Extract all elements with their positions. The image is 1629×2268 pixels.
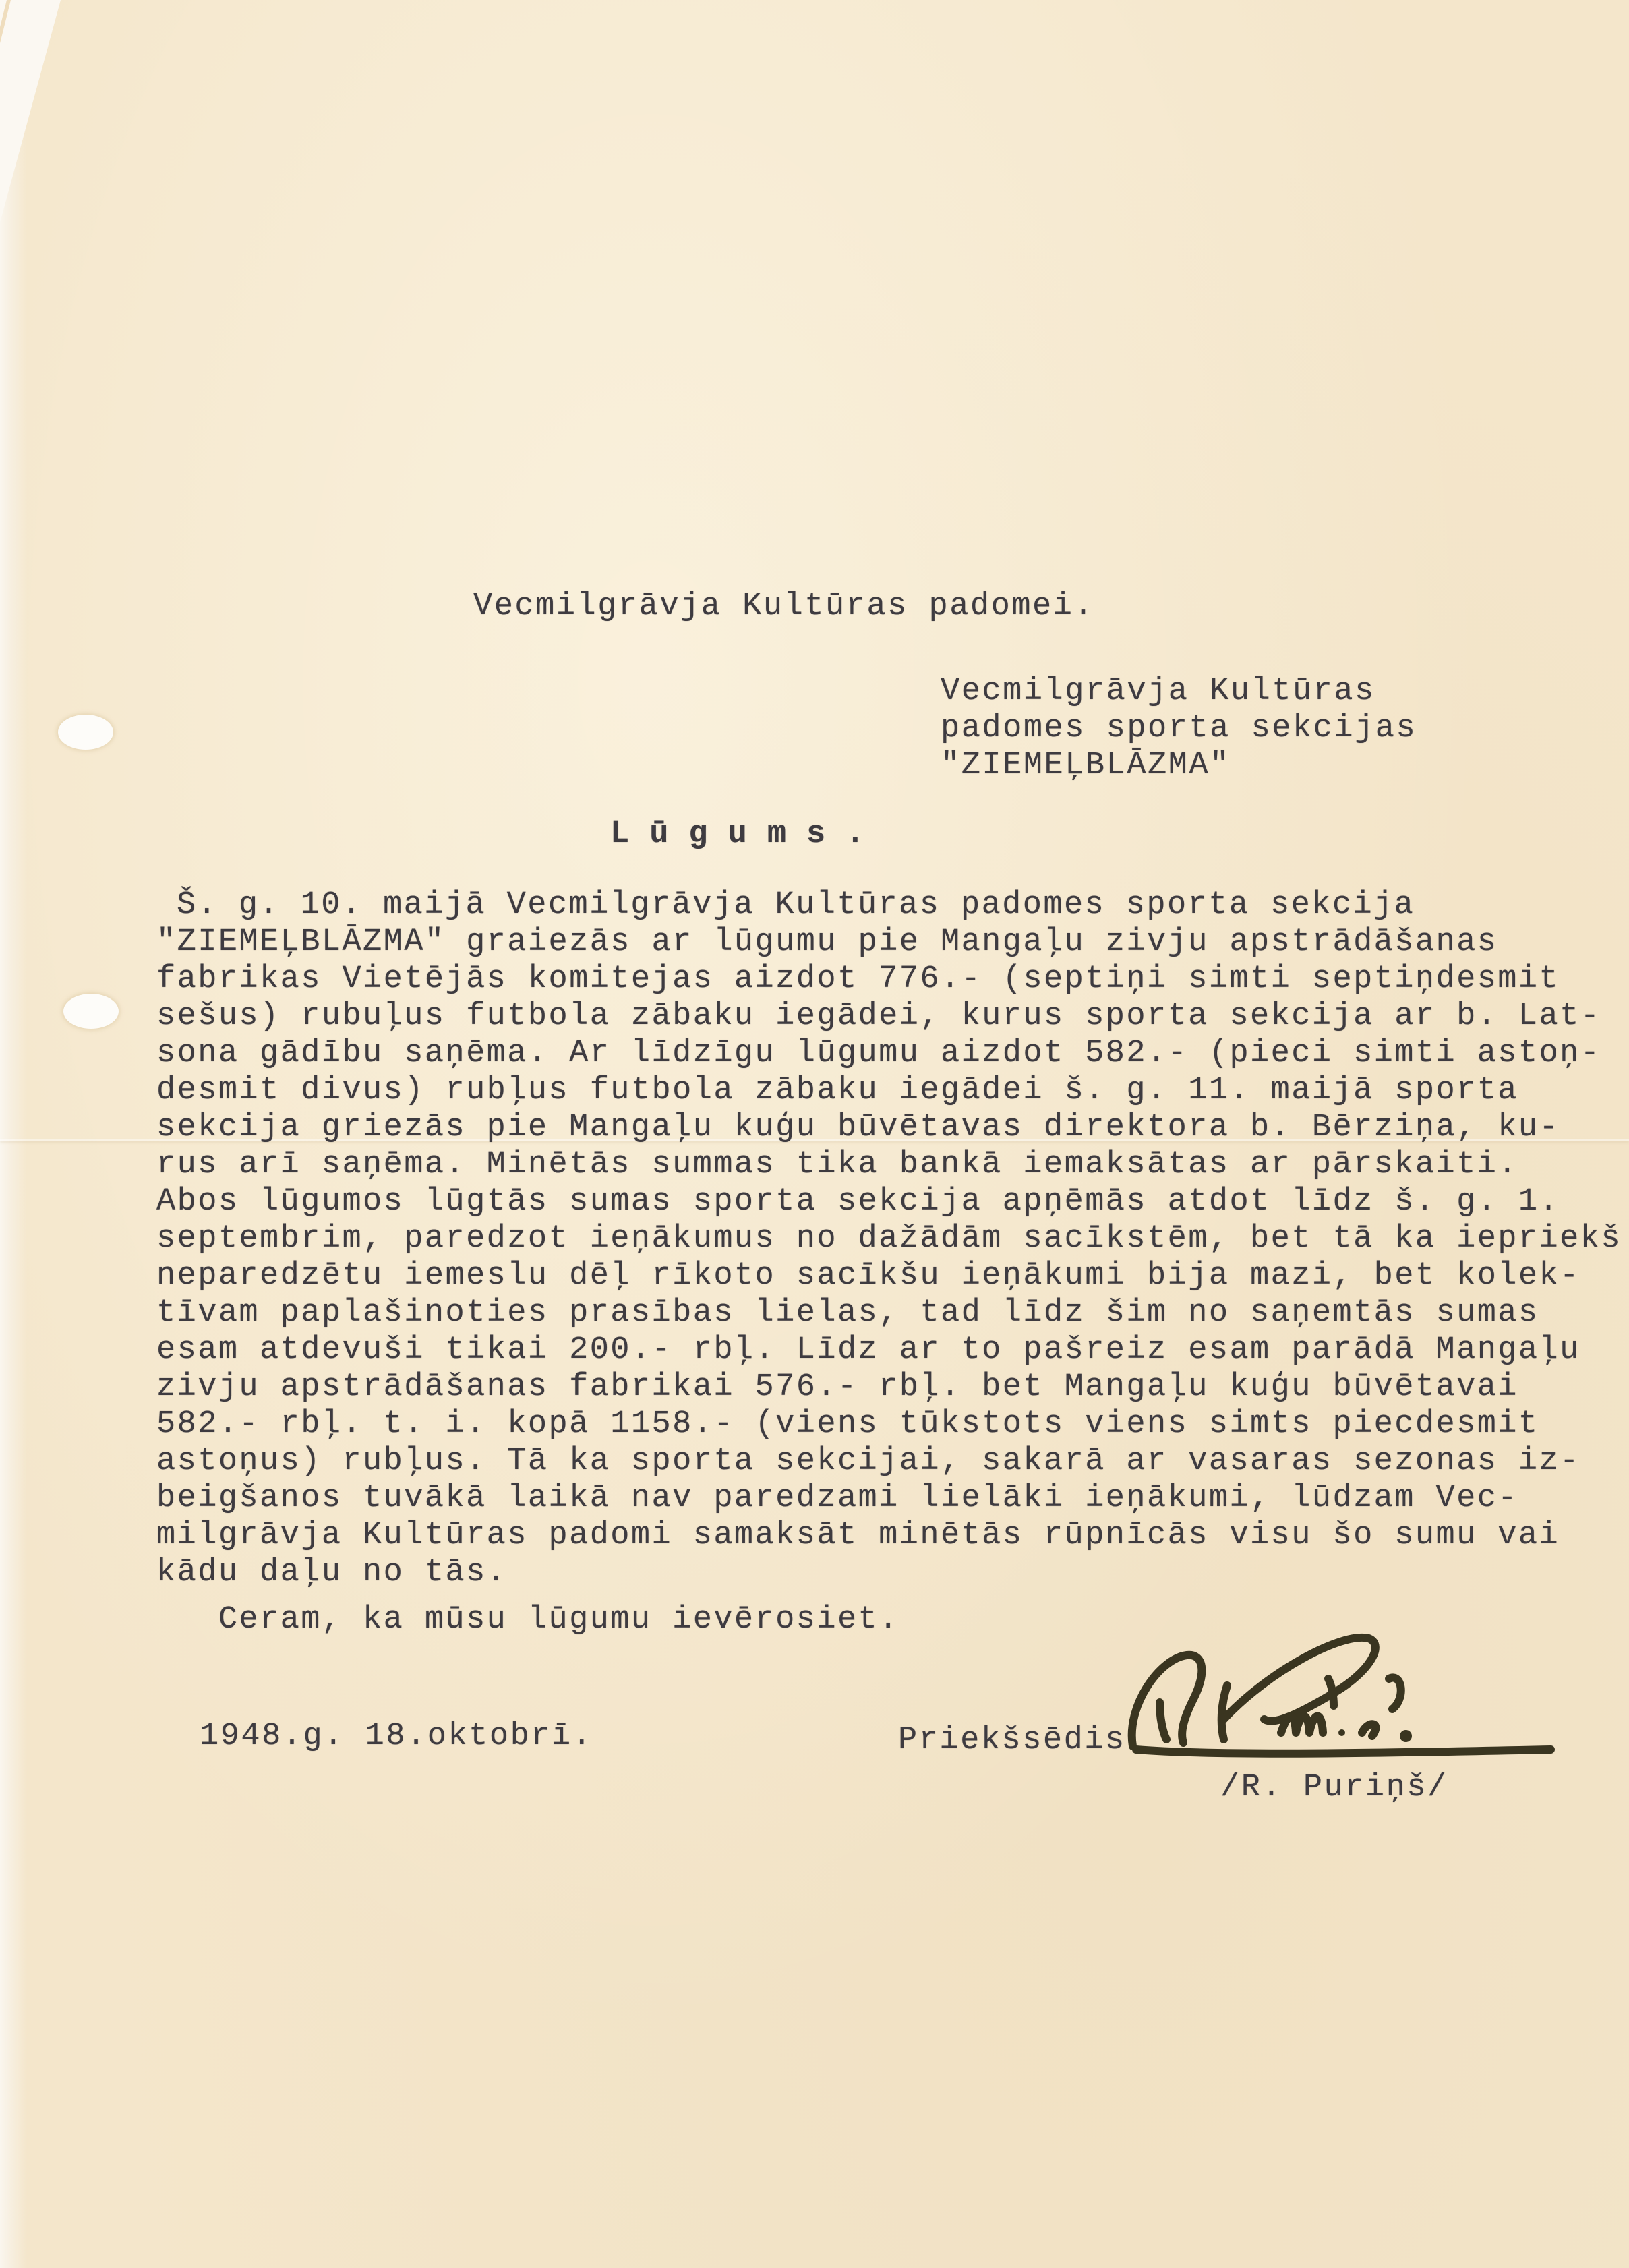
paper-left-edge (0, 0, 27, 2268)
body-line: sekcija griezās pie Mangaļu kuģu būvētav… (156, 1110, 1560, 1145)
punch-hole-bottom (63, 994, 119, 1029)
body-line: sona gādību saņēma. Ar līdzīgu lūgumu ai… (156, 1036, 1601, 1071)
body-line: 582.- rbļ. t. i. kopā 1158.- (viens tūks… (156, 1406, 1539, 1442)
body-line: rus arī saņēma. Minētās summas tika bank… (156, 1147, 1518, 1183)
body-line: beigšanos tuvākā laikā nav paredzami lie… (156, 1481, 1518, 1516)
body-line: neparedzētu iemeslu dēļ rīkoto sacīkšu i… (156, 1258, 1580, 1294)
body-line: Abos lūgumos lūgtās sumas sporta sekcija… (156, 1184, 1560, 1220)
addressee: Vecmilgrāvja Kultūras padomei. (473, 591, 1094, 622)
body-line: esam atdevuši tikai 200.- rbļ. Līdz ar t… (156, 1332, 1580, 1368)
document-heading: Lūgums. (610, 818, 885, 850)
signatory-title: Priekšsēdis (898, 1725, 1126, 1756)
closing-line: Ceram, ka mūsu lūgumu ievērosiet. (156, 1602, 899, 1638)
body-line: kādu daļu no tās. (156, 1555, 507, 1590)
body-line: fabrikas Vietējās komitejas aizdot 776.-… (156, 961, 1560, 997)
body-line: tīvam paplašinoties prasības lielas, tad… (156, 1295, 1539, 1331)
body-line: milgrāvja Kultūras padomi samaksāt minēt… (156, 1518, 1560, 1553)
body-line: desmit divus) rubļus futbola zābaku iegā… (156, 1073, 1518, 1108)
punch-hole-top (58, 715, 113, 750)
body-line: septembrim, paredzot ieņākumus no dažādā… (156, 1221, 1622, 1257)
sender-line-3: "ZIEMEĻBLĀZMA" (941, 750, 1231, 781)
body-line: zivju apstrādāšanas fabrikai 576.- rbļ. … (156, 1369, 1518, 1405)
handwritten-signature (1119, 1632, 1591, 1780)
body-line: sešus) rubuļus futbola zābaku iegādei, k… (156, 998, 1601, 1034)
sender-line-1: Vecmilgrāvja Kultūras (941, 676, 1375, 707)
document-date: 1948.g. 18.oktobrī. (200, 1721, 593, 1752)
sender-line-2: padomes sporta sekcijas (941, 713, 1417, 744)
torn-top-corner (0, 0, 61, 222)
body-line: "ZIEMEĻBLĀZMA" graiezās ar lūgumu pie Ma… (156, 924, 1498, 960)
body-line: astoņus) rubļus. Tā ka sporta sekcijai, … (156, 1443, 1580, 1479)
body-line: Š. g. 10. maijā Vecmilgrāvja Kultūras pa… (177, 887, 1415, 923)
